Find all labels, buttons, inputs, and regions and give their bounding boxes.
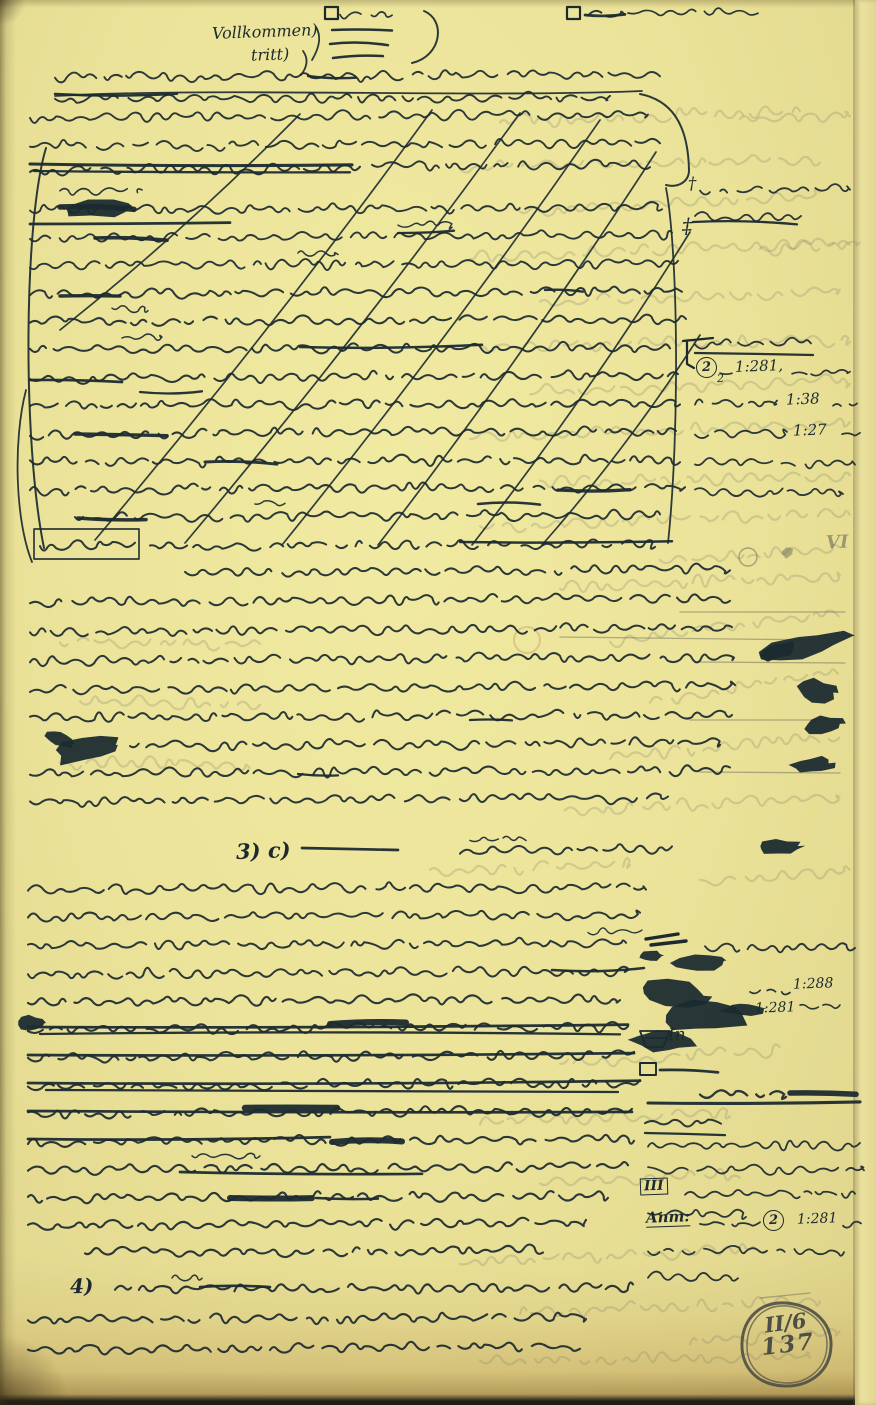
anm-label: Anm: bbox=[646, 1209, 691, 1228]
annotation-word: Vollkommen) bbox=[212, 22, 318, 42]
handwriting-layer bbox=[0, 0, 876, 1405]
ink-blots bbox=[18, 198, 857, 1058]
double-dagger-symbol: ‡ bbox=[682, 216, 693, 237]
ratio-value: 1:281 bbox=[755, 1000, 796, 1015]
section-marker-4: 4) bbox=[70, 1276, 94, 1297]
manuscript-page: Vollkommen) tritt) 3) c) 4) † ‡ 2 2 1:28… bbox=[0, 0, 876, 1405]
flag-icon bbox=[646, 934, 686, 945]
bleedthrough-ghost-writing bbox=[60, 104, 860, 1367]
dagger-symbol: † bbox=[688, 176, 697, 193]
circled-number: 2 bbox=[763, 1210, 785, 1232]
archive-stamp: II/6 137 bbox=[745, 1307, 830, 1361]
ratio-value: 1:38 bbox=[786, 391, 820, 407]
ratio-value: 1:281 bbox=[797, 1211, 838, 1226]
ratio-value: 1:281, bbox=[735, 358, 783, 375]
roman-numeral-iii: III bbox=[640, 1178, 668, 1196]
rust-ring-mark bbox=[514, 627, 540, 653]
trapezoid-icon bbox=[640, 1031, 670, 1047]
circled-number: 2 bbox=[696, 357, 718, 379]
strikethrough-marks bbox=[28, 14, 860, 1287]
diagonal-cancellation-strokes bbox=[60, 110, 700, 545]
ratio-value: 1:288 bbox=[793, 976, 834, 991]
page-right-edge bbox=[855, 0, 876, 1405]
circled-number-subscript: 2 bbox=[717, 373, 724, 384]
section-marker-3c: 3) c) bbox=[236, 839, 291, 862]
bracket-frames bbox=[18, 11, 689, 562]
ratio-value: 1:27 bbox=[793, 422, 827, 438]
checkbox-icon bbox=[567, 7, 580, 19]
pencil-marks bbox=[560, 548, 845, 1299]
margin-word-in: In bbox=[668, 1027, 686, 1045]
pencil-roman-numeral: VI bbox=[826, 534, 849, 553]
checkbox-icon bbox=[325, 7, 338, 19]
handwriting-lines bbox=[28, 8, 864, 1354]
page-crease bbox=[853, 0, 855, 1405]
annotation-word: tritt) bbox=[251, 46, 290, 63]
crossed-box-icon bbox=[640, 1063, 656, 1075]
